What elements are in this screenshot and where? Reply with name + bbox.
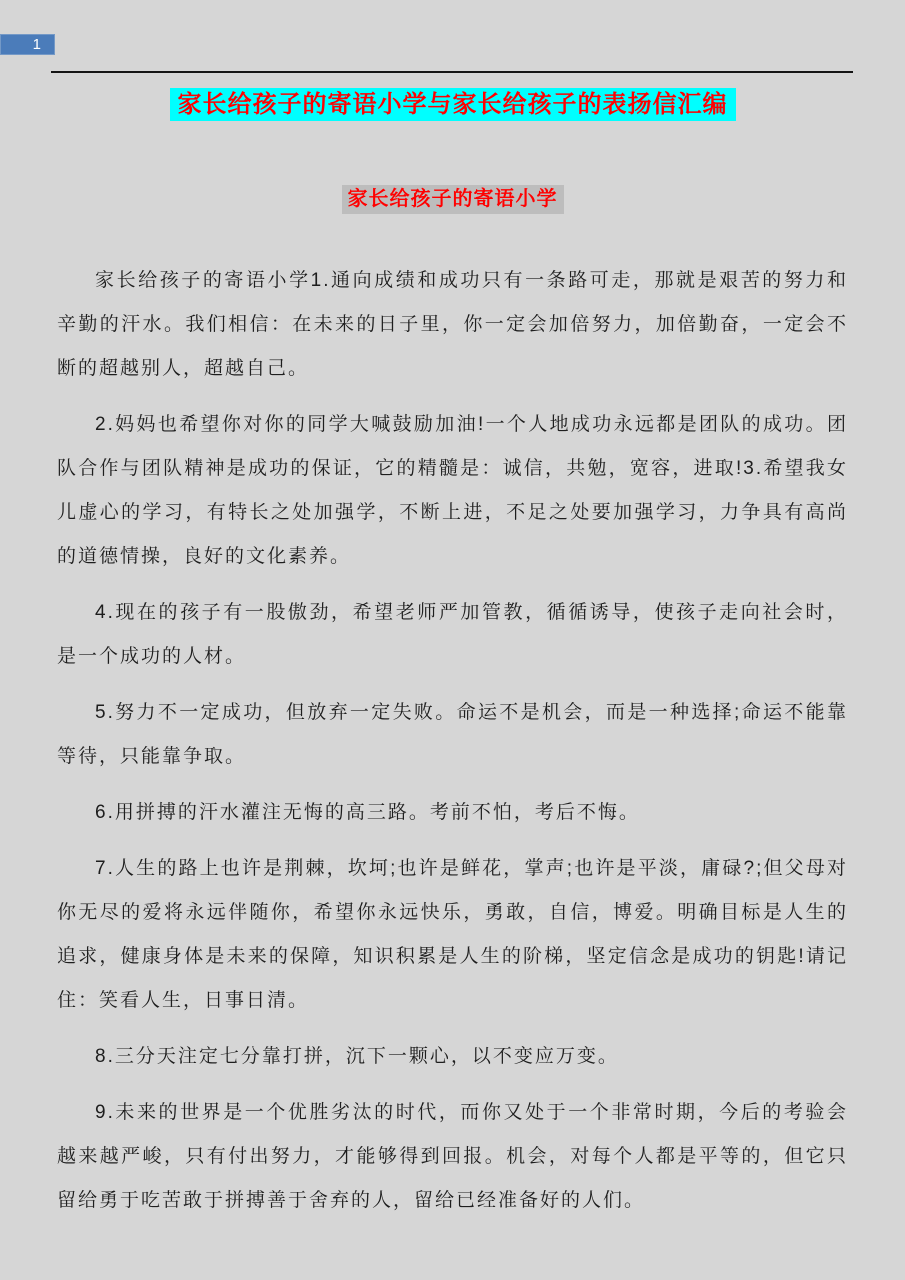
section-subtitle: 家长给孩子的寄语小学	[342, 185, 564, 214]
paragraph: 5.努力不一定成功，但放弃一定失败。命运不是机会，而是一种选择;命运不能靠等待，…	[57, 691, 848, 779]
document-title: 家长给孩子的寄语小学与家长给孩子的表扬信汇编	[170, 88, 736, 121]
paragraph: 4.现在的孩子有一股傲劲，希望老师严加管教，循循诱导，使孩子走向社会时，是一个成…	[57, 591, 848, 679]
paragraph: 6.用拼搏的汗水灌注无悔的高三路。考前不怕，考后不悔。	[57, 791, 848, 835]
page-number-badge: 1	[0, 34, 55, 55]
header-divider	[51, 71, 853, 73]
paragraph: 家长给孩子的寄语小学1.通向成绩和成功只有一条路可走，那就是艰苦的努力和辛勤的汗…	[57, 259, 848, 391]
document-page: 1 家长给孩子的寄语小学与家长给孩子的表扬信汇编 家长给孩子的寄语小学 家长给孩…	[0, 0, 905, 1280]
paragraph: 9.未来的世界是一个优胜劣汰的时代，而你又处于一个非常时期，今后的考验会越来越严…	[57, 1091, 848, 1223]
paragraph: 8.三分天注定七分靠打拼，沉下一颗心，以不变应万变。	[57, 1035, 848, 1079]
paragraph: 2.妈妈也希望你对你的同学大喊鼓励加油!一个人地成功永远都是团队的成功。团队合作…	[57, 403, 848, 579]
paragraph: 7.人生的路上也许是荆棘，坎坷;也许是鲜花，掌声;也许是平淡，庸碌?;但父母对你…	[57, 847, 848, 1023]
title-row: 家长给孩子的寄语小学与家长给孩子的表扬信汇编	[0, 88, 905, 121]
subtitle-row: 家长给孩子的寄语小学	[0, 185, 905, 214]
document-body: 家长给孩子的寄语小学1.通向成绩和成功只有一条路可走，那就是艰苦的努力和辛勤的汗…	[57, 259, 848, 1235]
